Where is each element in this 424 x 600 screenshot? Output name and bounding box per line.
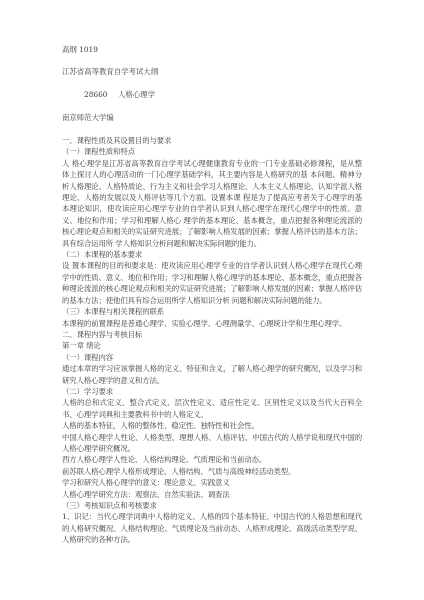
paragraph: 人格的基本特征，人格的整体性、稳定性、独特性和社会性。 — [62, 420, 362, 431]
subsection-heading: （二）学习要求 — [62, 386, 362, 397]
paragraph: 人格心理学研究方法：观察法、自然实验法、调查法 — [62, 489, 362, 500]
section-heading: 二、课程内容与考核目标 — [62, 329, 362, 340]
document-body: 一、课程性质及其设置目的与要求 （一）课程性质和特点 人 格心理学是江苏省高等教… — [62, 135, 362, 546]
paragraph: 通过本章的学习应该掌握人格的定义、特征和含义，了解人格心理学的研究概况，以及学习… — [62, 363, 362, 386]
outline-title: 江苏省高等教育自学考试大纲 — [62, 67, 158, 77]
subsection-heading: （一）课程内容 — [62, 352, 362, 363]
paragraph: 前苏联人格心理学人格形成理论、人格结构、气质与高级神经活动类型。 — [62, 466, 362, 477]
subsection-heading: （二）本课程的基本要求 — [62, 249, 362, 260]
paragraph: 本课程的前置课程是普通心理学、实验心理学、心理测量学、心理统计学和生理心理学。 — [62, 318, 362, 329]
subsection-heading: （三）本课程与相关课程的联系 — [62, 306, 362, 317]
paragraph: 学习和研究人格心理学的意义：理论意义、实践意义 — [62, 477, 362, 488]
publisher: 南京师范大学编 — [62, 113, 114, 123]
subsection-heading: （三）考核知识点和考核要求 — [62, 500, 362, 511]
paragraph: 中国人格心理学人性论、人格类型、理想人格、人格评估、中国古代的人格学说和现代中国… — [62, 432, 362, 455]
subsection-heading: （一）课程性质和特点 — [62, 146, 362, 157]
outline-code: 高纲 1019 — [62, 45, 98, 55]
course-number: 28660 — [84, 90, 118, 100]
paragraph: 1、识记：当代心理学词典中人格的定义、人格的四个基本特征、中国古代的人格思想和现… — [62, 511, 362, 545]
chapter-heading: 第一章 绪论 — [62, 340, 362, 351]
paragraph: 西方人格心理学人性论、人格结构理论、气质理论和当前动态。 — [62, 454, 362, 465]
paragraph: 人 格心理学是江苏省高等教育自学考试心理健康教育专业的一门专业基础必修课程，是从… — [62, 158, 362, 249]
section-heading: 一、课程性质及其设置目的与要求 — [62, 135, 362, 146]
course-name: 人格心理学 — [118, 90, 155, 99]
course-heading: 28660人格心理学 — [84, 90, 155, 100]
paragraph: 设 置本课程的目的和要求是：使攻读应用心理学专业的自学者认识到人格心理学在现代心… — [62, 260, 362, 306]
paragraph: 人格的总和式定义、整合式定义、层次性定义、适应性定义、区别性定义以及当代大百科全… — [62, 397, 362, 420]
